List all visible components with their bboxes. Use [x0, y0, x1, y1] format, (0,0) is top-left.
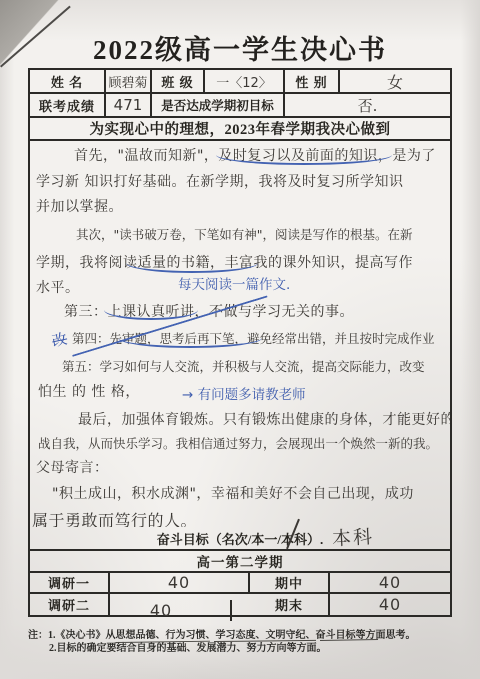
gender-value: 女: [340, 70, 450, 93]
teacher-note-ask-teacher: → 有问题多请教老师: [182, 383, 306, 403]
semester-title: 高一第二学期: [30, 551, 450, 573]
exam-score-value: 471: [106, 94, 152, 116]
teacher-revision-mark: 改: [50, 328, 69, 352]
pledge-line: "积土成山，积水成渊"，幸福和美好不会自己出现，成功: [52, 483, 414, 503]
scanned-pledge-form: 2022级高一学生决心书 姓 名 顾碧菊 班 级 一〈12〉 性 别 女 联考成…: [0, 0, 480, 679]
pledge-form-table: 姓 名 顾碧菊 班 级 一〈12〉 性 别 女 联考成绩 471 是否达成学期初…: [28, 68, 452, 617]
pledge-heading: 为实现心中的理想，2023年春学期我决心做到: [30, 118, 450, 141]
pledge-line: 其次，"读书破万卷，下笔如有神"，阅读是写作的根基。在新: [76, 225, 413, 243]
pledge-line: 学习新 知识打好基础。在新学期，我将及时复习所学知识: [36, 171, 403, 191]
info-row-2: 联考成绩 471 是否达成学期初目标 否.: [30, 94, 450, 118]
name-label: 姓 名: [30, 70, 106, 93]
handwritten-pledge-area: 首先，"温故而知新"，及时复习以及前面的知识，是为了 学习新 知识打好基础。在新…: [30, 141, 450, 527]
exam-score-label: 联考成绩: [30, 94, 106, 116]
score-row-2: 调研二 40 期末 40: [30, 594, 450, 615]
score-row-1: 调研一 40 期中 40: [30, 573, 450, 594]
survey2-value: 40: [92, 600, 232, 621]
pledge-line: 怕生 的 性 格，: [38, 381, 140, 401]
pledge-line: 战自我，从而快乐学习。我相信通过努力，会展现出一个焕然一新的我。: [38, 434, 438, 452]
teacher-note-daily-reading: 每天阅读一篇作文.: [178, 273, 290, 293]
survey1-value: 40: [110, 573, 250, 592]
note-line-2: 2.目标的确定要结合自身的基础、发展潜力、努力方向等方面。: [28, 642, 466, 655]
page-title: 2022级高一学生决心书: [0, 28, 480, 67]
class-value: 一〈12〉: [205, 70, 285, 93]
final-label: 期末: [250, 594, 330, 615]
name-value: 顾碧菊: [106, 70, 152, 93]
target-met-label: 是否达成学期初目标: [152, 94, 285, 116]
goal-label: 奋斗目标（名次/本一/本科）.: [157, 529, 323, 548]
info-row-1: 姓 名 顾碧菊 班 级 一〈12〉 性 别 女: [30, 70, 450, 94]
final-value: 40: [330, 594, 450, 615]
pledge-line: 水平。: [36, 277, 80, 297]
pledge-line: 第五：学习如何与人交流，并积极与人交流，提高交际能力，改变: [62, 357, 425, 375]
survey1-label: 调研一: [30, 573, 110, 592]
midterm-label: 期中: [250, 573, 330, 592]
pledge-line: 并加以掌握。: [36, 196, 123, 216]
gender-label: 性 别: [285, 70, 340, 93]
pledge-line: 最后，加强体育锻炼。只有锻炼出健康的身体，才能更好的挑: [78, 409, 450, 429]
goal-row: 奋斗目标（名次/本一/本科）. 本科: [30, 527, 450, 551]
class-label: 班 级: [152, 70, 205, 93]
pledge-line: 属于勇敢而笃行的人。: [32, 508, 197, 527]
pledge-line: 父母寄言：: [36, 457, 109, 477]
target-met-value: 否.: [285, 94, 450, 116]
goal-value: 本科: [331, 522, 374, 551]
footer-notes: 注：1.《决心书》从思想品德、行为习惯、学习态度、文明守纪、奋斗目标等方面思考。…: [28, 629, 466, 655]
midterm-value: 40: [330, 573, 450, 592]
